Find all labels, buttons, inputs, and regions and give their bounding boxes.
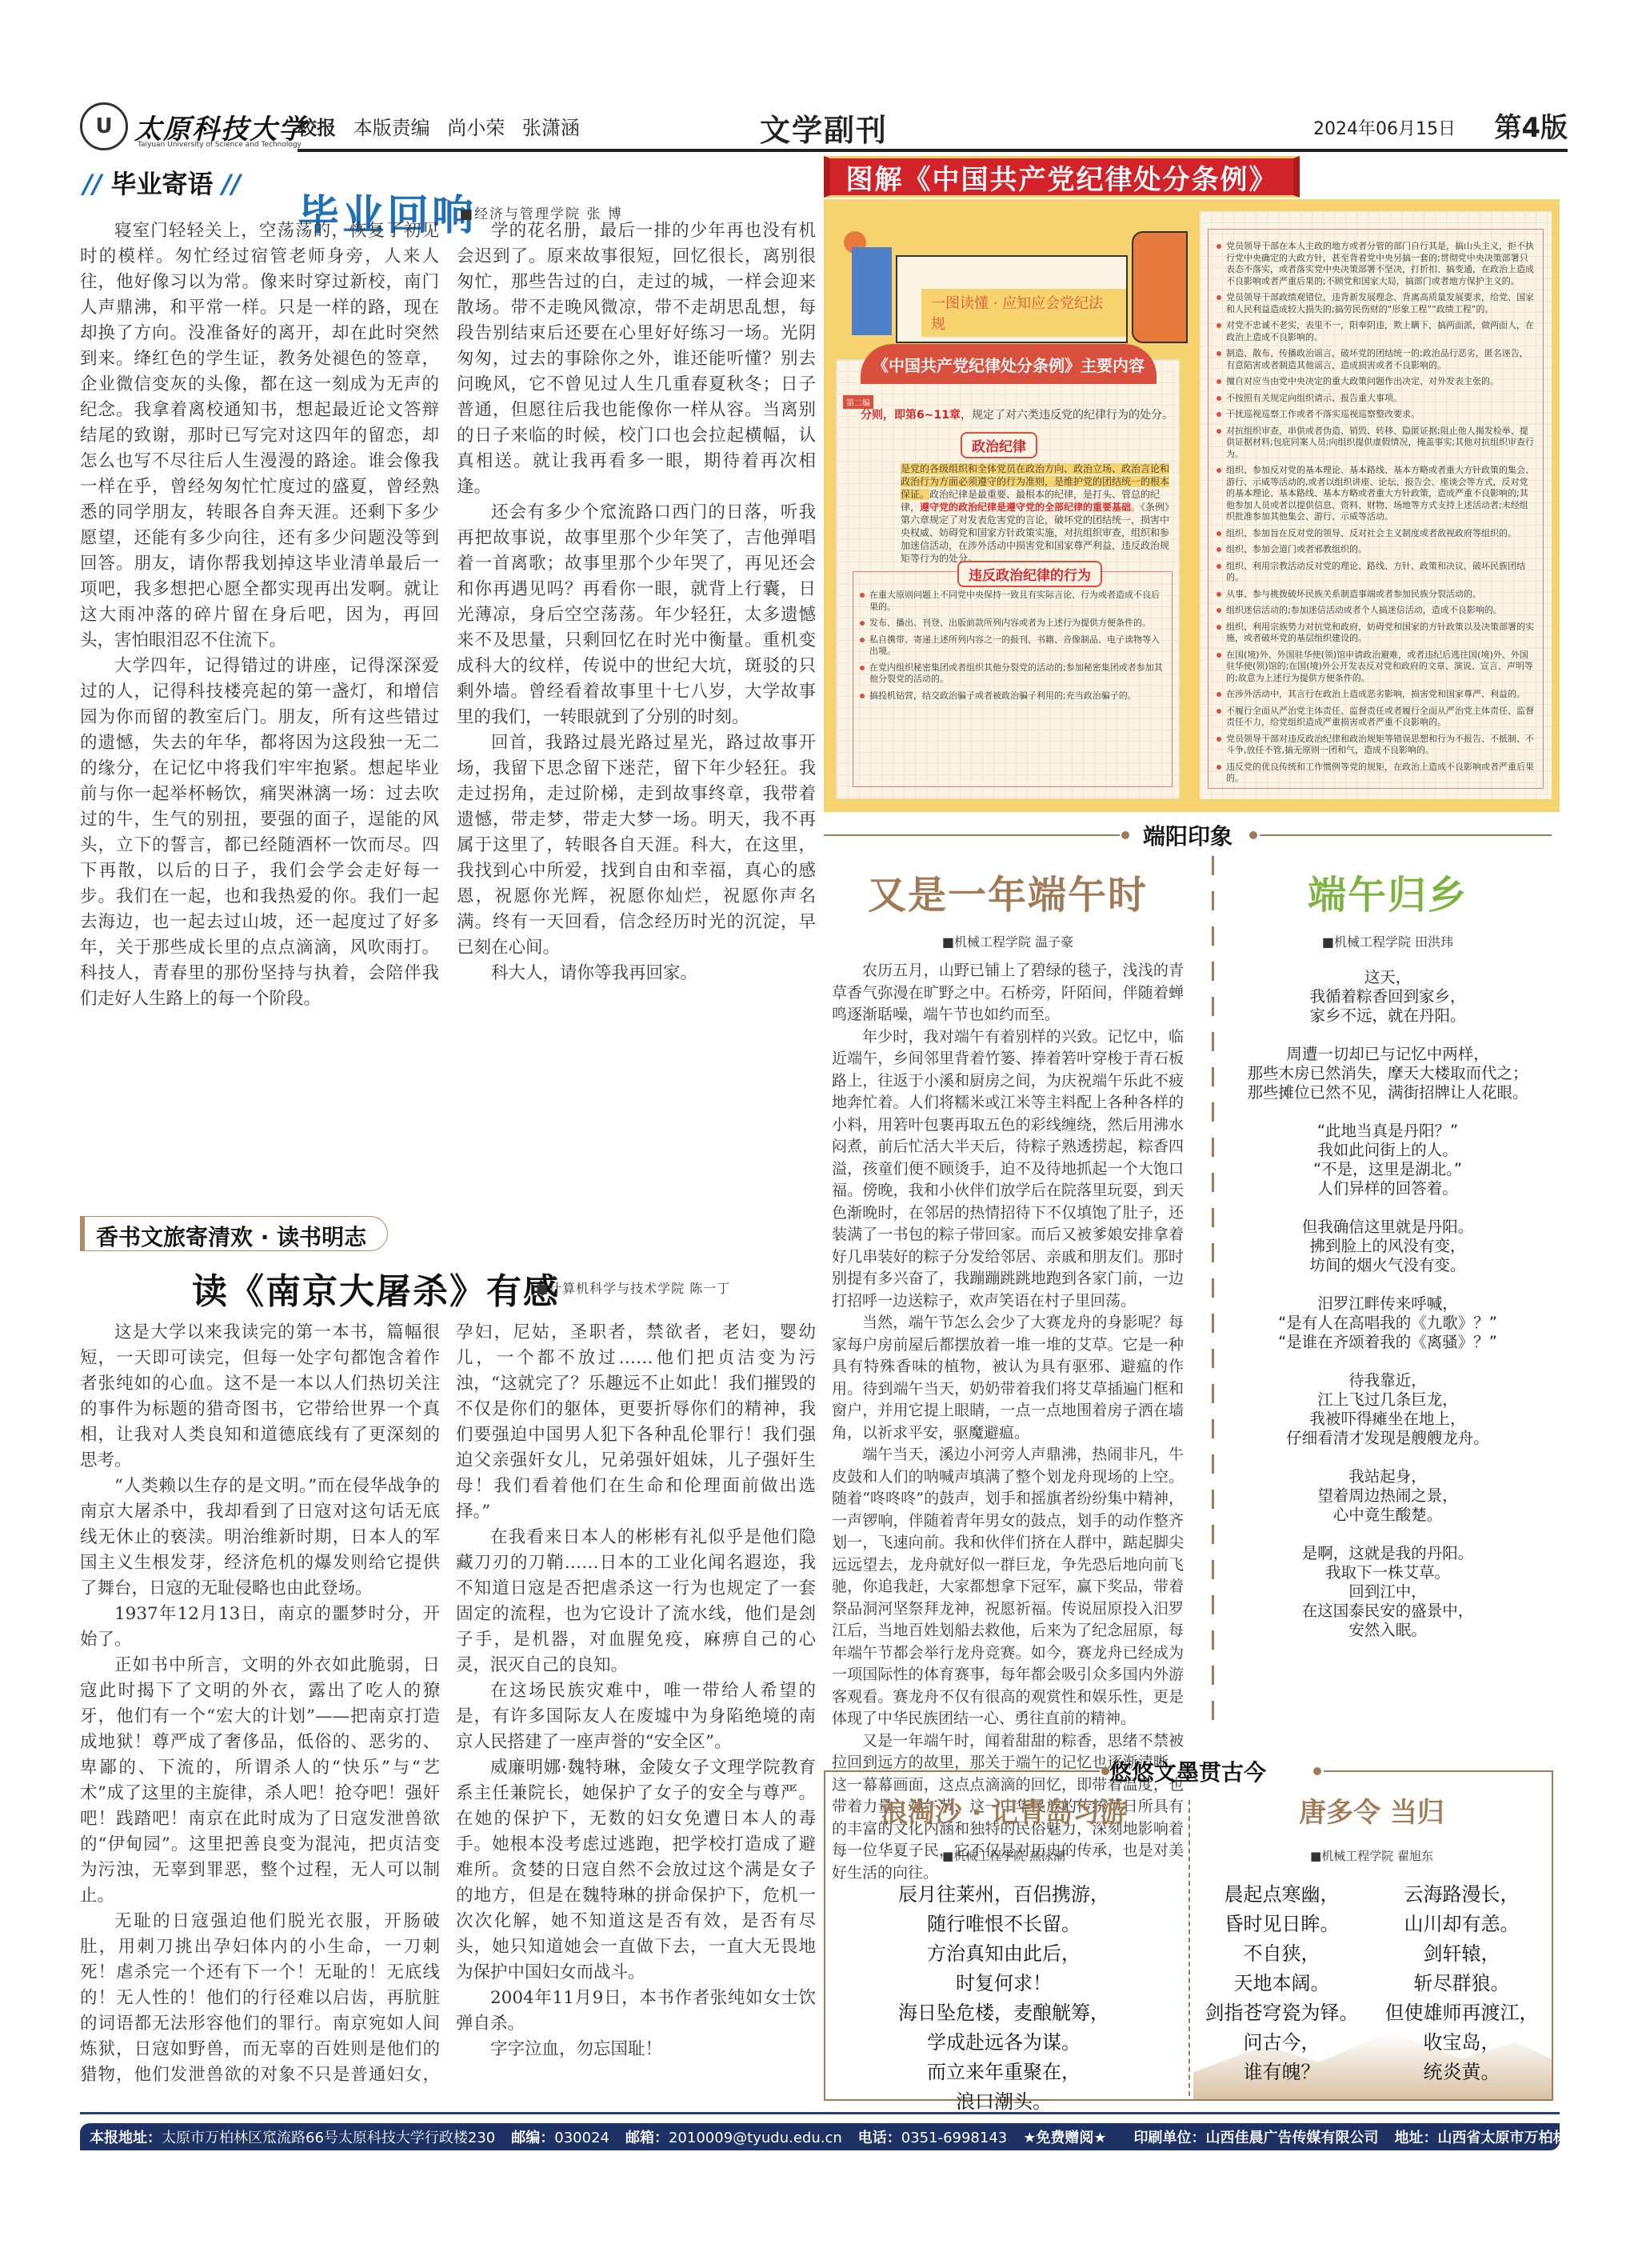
list-item: 在重大原则问题上不同党中央保持一致且有实际言论、行为或者造成不良后果的。: [860, 590, 1168, 613]
editor-2: 张潇涵: [522, 117, 580, 139]
stanza: 汨罗江畔传来呼喊，“是有人在高唱我的《九歌》？”“是谁在齐颂着我的《离骚》？”: [1224, 1294, 1552, 1352]
paragraph: 威廉明娜·魏特琳，金陵女子文理学院教育系主任兼院长，她保护了女子的安全与尊严。在…: [456, 1755, 816, 1986]
paragraph: 端午当天，溪边小河旁人声鼎沸，热闹非凡，牛皮鼓和人们的呐喊声填满了整个划龙舟现场…: [832, 1444, 1184, 1730]
book-icon: [1132, 231, 1188, 343]
violations-list: 党员领导干部在本人主政的地方或者分管的部门自行其是，搞山头主义，拒不执行党中央确…: [1217, 241, 1535, 785]
issue-date: 2024年06月15日: [1313, 115, 1456, 140]
poem-author: ■机械工程学院 田洪玮: [1224, 932, 1552, 950]
paragraph: 1937年12月13日，南京的噩梦时分，开始了。: [80, 1602, 440, 1653]
paragraph: 正如书中所言，文明的外衣如此脆弱，日寇此时揭下了文明的外衣，露出了吃人的獠牙，他…: [80, 1653, 440, 1909]
poem-column: 晨起点寒幽， 昏时见日眸。 不自狭， 天地本阔。 剑指苍穹瓷为铎。 问古今， 谁…: [1205, 1880, 1359, 2087]
list-item: 不按照有关规定向组织请示、报告重大事项。: [1217, 393, 1535, 405]
footer-rule: [80, 2112, 1560, 2114]
list-item: 组织、参加会道门或者邪教组织的。: [1217, 544, 1535, 556]
infographic-body: 一图读懂 · 应知应会党纪法规 《中国共产党纪律处分条例》主要内容 第二编 分则…: [824, 199, 1560, 812]
classical-poetry-section: 悠悠文墨贯古今 浪淘沙 · 记青岛习游 ■机械工程学院 燕泳潮 辰月往莱州，百侣…: [824, 1752, 1560, 2104]
infographic-right: 党员领导干部在本人主政的地方或者分管的部门自行其是，搞山头主义，拒不执行党中央确…: [1200, 211, 1552, 799]
stanza: 我站起身，望着周边热闹之景，心中竟生酸楚。: [1224, 1467, 1552, 1525]
list-item: 组织、参加旨在反对党的领导、反对社会主义制度或者敌视政府等组织的。: [1217, 528, 1535, 540]
dot-icon: [1313, 1767, 1321, 1775]
masthead: U 太原科技大学 Taiyuan University of Science a…: [80, 102, 1568, 158]
list-item: 组织、利用宗教活动反对党的理论、路线、方针、政策和决议，破坏民族团结的。: [1217, 561, 1535, 584]
page-number: 第4版: [1494, 106, 1568, 145]
stanza: 待我靠近，江上飞过几条巨龙，我被吓得瘫坐在地上，仔细看清才发现是艘艘龙舟。: [1224, 1371, 1552, 1448]
graduation-article: // 毕业寄语 // 毕业回响 ■经济与管理学院 张 博 寝室门轻轻关上，空荡荡…: [80, 164, 816, 1204]
poem-author: ■机械工程学院 翟旭东: [1192, 1847, 1552, 1864]
school-name-en: Taiyuan University of Science and Techno…: [138, 141, 302, 149]
chapter-text: 分则，即第6~11章，规定了对六类违反党的纪律行为的处分。: [861, 406, 1173, 422]
poem-column: 云海路漫长， 山川却有恙。 剑轩辕， 斩尽群狼。 但使雄师再渡江， 收宝岛， 统…: [1385, 1880, 1539, 2087]
list-item: 党员领导干部政绩观错位，违背新发展理念、背离高质量发展要求，给党、国家和人民利益…: [1217, 292, 1535, 315]
dashed-divider: [1212, 856, 1214, 1720]
essay-article: 又是一年端午时 ■机械工程学院 温子豪 农历五月，山野已铺上了碧绿的毯子，浅浅的…: [824, 856, 1192, 1744]
paragraph: 在我看来日本人的彬彬有礼似乎是他们隐藏刀刃的刀鞘……日本的工业化闻名遐迩，我不知…: [456, 1525, 816, 1678]
column-tag: // 毕业寄语 //: [83, 164, 241, 201]
poem-article: 浪淘沙 · 记青岛习游 ■机械工程学院 燕泳潮 辰月往莱州，百侣携游， 随行唯恨…: [824, 1784, 1184, 2117]
stanza: 这天，我循着粽香回到家乡，家乡不远，就在丹阳。: [1224, 968, 1552, 1026]
list-item: 私自携带、寄递上述所列内容之一的报刊、书籍、音像制品、电子读物等入出境。: [860, 634, 1168, 658]
paragraph: 这是大学以来我读完的第一本书，篇幅很短，一天即可读完，但每一处字句都饱含着作者张…: [80, 1320, 440, 1474]
list-item: 党员领导干部对违反政治纪律和政治规矩等错误思想和行为不报告、不抵制、不斗争,放任…: [1217, 734, 1535, 757]
stanza: 周遭一切却已与记忆中两样，那些木房已然消失，摩天大楼取而代之；那些摊位已然不见，…: [1224, 1045, 1552, 1102]
divider: [1260, 834, 1552, 836]
discipline-infographic: 图解《中国共产党纪律处分条例》 一图读懂 · 应知应会党纪法规 《中国共产党纪律…: [824, 156, 1560, 812]
poem-article: 端午归乡 ■机械工程学院 田洪玮 这天，我循着粽香回到家乡，家乡不远，就在丹阳。…: [1224, 856, 1552, 1744]
list-item: 从事、参与挑拨破坏民族关系制造事端或者参加民族分裂活动的。: [1217, 589, 1535, 601]
poem-title: 端午归乡: [1224, 864, 1552, 919]
divider: [1324, 1770, 1553, 1772]
free-distribution: ★免费赠阅★: [1023, 2126, 1106, 2147]
list-item: 搞投机钻营，结交政治骗子或者被政治骗子利用的;充当政治骗子的。: [860, 690, 1168, 702]
infographic-banner: 图解《中国共产党纪律处分条例》: [824, 156, 1300, 198]
paragraph: “人类赖以生存的是文明。”而在侵华战争的南京大屠杀中，我却看到了日寇对这句话无底…: [80, 1474, 440, 1602]
editor-1: 尚小荣: [447, 117, 505, 139]
infographic-left: 一图读懂 · 应知应会党纪法规 《中国共产党纪律处分条例》主要内容 第二编 分则…: [836, 199, 1188, 799]
list-item: 在党内组织秘密集团或者组织其他分裂党的活动的;参加秘密集团或者参加其他分裂党的活…: [860, 662, 1168, 686]
hero-illustration: 一图读懂 · 应知应会党纪法规: [836, 215, 1188, 343]
section-title: 文学副刊: [760, 106, 888, 150]
political-discipline-text: 是党的各级组织和全体党员在政治方向、政治立场、政治言论和政治行为方面必须遵守的行…: [901, 462, 1173, 565]
article-body: 农历五月，山野已铺上了碧绿的毯子，浅浅的青草香气弥漫在旷野之中。石桥旁，阡陌间，…: [832, 960, 1184, 1884]
list-item: 制造、散布、传播政治谣言，破坏党的团结统一的;政治品行恶劣，匿名诬告，有意陷害或…: [1217, 348, 1535, 371]
address: 本报地址：太原市万柏林区窊流路66号太原科技大学行政楼230: [90, 2126, 495, 2147]
list-item: 在国(境)外、外国驻华使(领)馆申请政治避难，或者违纪后逃往国(境)外、外国驻华…: [1217, 650, 1535, 685]
poem-body: 晨起点寒幽， 昏时见日眸。 不自狭， 天地本阔。 剑指苍穹瓷为铎。 问古今， 谁…: [1192, 1880, 1552, 2087]
notebook-icon: 一图读懂 · 应知应会党纪法规: [896, 255, 1128, 343]
paragraph: 当然，端午节怎么会少了大赛龙舟的身影呢？每家每户房前屋后都摆放着一堆一堆的艾草。…: [832, 1312, 1184, 1444]
list-item: 对党不忠诚不老实，表里不一，阳奉阴违，欺上瞒下，搞两面派，做两面人，在政治上造成…: [1217, 320, 1535, 343]
poem-title: 唐多令 当归: [1192, 1790, 1552, 1830]
article-author: ■机械工程学院 温子豪: [824, 932, 1192, 950]
violations-list: 在重大原则问题上不同党中央保持一致且有实际言论、行为或者造成不良后果的。 发布、…: [860, 590, 1168, 706]
list-item: 党员领导干部在本人主政的地方或者分管的部门自行其是，搞山头主义，拒不执行党中央确…: [1217, 241, 1535, 287]
list-item: 干扰巡视巡察工作或者不落实巡视巡察整改要求。: [1217, 409, 1535, 421]
poem-title: 浪淘沙 · 记青岛习游: [824, 1790, 1184, 1830]
masthead-info: 校报 本版责编 尚小荣 张潇涵: [298, 112, 591, 140]
list-item: 擅自对应当由党中央决定的重大政策问题作出决定、对外发表主张的。: [1217, 376, 1535, 388]
paper-name: 校报: [298, 117, 336, 139]
article-title: 读《南京大屠杀》有感: [192, 1262, 560, 1314]
slash-icon: //: [83, 169, 102, 199]
zip: 邮编：030024: [511, 2126, 609, 2147]
poem-author: ■机械工程学院 燕泳潮: [824, 1847, 1184, 1864]
poem-body: 辰月往莱州，百侣携游， 随行唯恨不长留。 方治真知由此后， 时复何求！ 海日坠危…: [824, 1880, 1184, 2117]
footer-bar: 本报地址：太原市万柏林区窊流路66号太原科技大学行政楼230 邮编：030024…: [80, 2123, 1560, 2150]
section-header: 端阳印象: [824, 819, 1552, 851]
list-item: 不履行全面从严治党主体责任、监督责任或者履行全面从严治党主体责任、监督责任不力，…: [1217, 706, 1535, 729]
list-item: 组织、参加反对党的基本理论、基本路线、基本方略或者重大方针政策的集会、游行、示威…: [1217, 465, 1535, 523]
paragraph: 2004年11月9日，本书作者张纯如女士饮弹自杀。: [456, 1986, 816, 2037]
paragraph: 字字泣血，勿忘国耻！: [456, 2037, 816, 2062]
list-item: 发布、播出、刊登、出版前款所列内容或者为上述行为提供方便条件的。: [860, 618, 1168, 630]
paragraph: 还会有多少个窊流路口西门的日落，听我再把故事说，故事里那个少年笑了，吉他弹唱着一…: [457, 500, 816, 730]
section-header: 悠悠文墨贯古今: [824, 1755, 1552, 1787]
masthead-rule: [298, 149, 1568, 152]
article-body: 这是大学以来我读完的第一本书，篇幅很短，一天即可读完，但每一处字句都饱含着作者张…: [80, 1320, 816, 2104]
article-author: ■计算机科学与技术学院 陈一丁: [536, 1278, 730, 1297]
poem-body: 这天，我循着粽香回到家乡，家乡不远，就在丹阳。 周遭一切却已与记忆中两样，那些木…: [1224, 968, 1552, 1659]
paragraph: 在这场民族灾难中，唯一带给人希望的是，有许多国际友人在废墟中为身陷绝境的南京人民…: [456, 1678, 816, 1755]
university-logo-icon: U: [80, 102, 128, 150]
dashed-divider: [1189, 1800, 1190, 2096]
political-discipline-pill: 政治纪律: [961, 432, 1037, 458]
poem-article: 唐多令 当归 ■机械工程学院 翟旭东 晨起点寒幽， 昏时见日眸。 不自狭， 天地…: [1192, 1784, 1552, 2087]
printer-address: 地址：山西省太原市万柏林区晋祠路中海寰宇天下3幢1001号: [1395, 2126, 1638, 2147]
card-title: 《中国共产党纪律处分条例》主要内容: [861, 344, 1157, 384]
slash-icon: //: [222, 169, 241, 199]
article-title: 又是一年端午时: [824, 864, 1192, 919]
violations-box-right: 党员领导干部在本人主政的地方或者分管的部门自行其是，搞山头主义，拒不执行党中央确…: [1208, 229, 1544, 789]
stanza: 但我确信这里就是丹阳。拂到脸上的风没有变，坊间的烟火气没有变。: [1224, 1218, 1552, 1275]
list-item: 组织迷信活动的;参加迷信活动或者个人搞迷信活动，造成不良影响的。: [1217, 605, 1535, 617]
paragraph: 年少时，我对端午有着别样的兴致。记忆中，临近端午，乡间邻里背着竹篓、捧着箬叶穿梭…: [832, 1026, 1184, 1313]
duanyang-section: 端阳印象 又是一年端午时 ■机械工程学院 温子豪 农历五月，山野已铺上了碧绿的毯…: [824, 816, 1560, 1748]
phone: 电话：0351-6998143: [858, 2126, 1007, 2147]
violations-pill: 违反政治纪律的行为: [957, 561, 1102, 587]
stanza: 是啊，这就是我的丹阳。我取下一株艾草。回到江中，在这国泰民安的盛景中，安然入眠。: [1224, 1544, 1552, 1640]
list-item: 在涉外活动中，其言行在政治上造成恶劣影响，损害党和国家尊严、利益的。: [1217, 689, 1535, 701]
paragraph: 回首，我路过晨光路过星光，路过故事开场，我留下思念留下迷茫，留下年少轻狂。我走过…: [457, 730, 816, 961]
paragraph: 学的花名册，最后一排的少年再也没有机会迟到了。原来故事很短，回忆很长，离别很匆忙…: [457, 218, 816, 500]
hero-label: 一图读懂 · 应知应会党纪法规: [921, 289, 1126, 337]
paragraph: 农历五月，山野已铺上了碧绿的毯子，浅浅的青草香气弥漫在旷野之中。石桥旁，阡陌间，…: [832, 960, 1184, 1026]
list-item: 组织、利用宗族势力对抗党和政府，妨碍党和国家的方针政策以及决策部署的实施，或者破…: [1217, 622, 1535, 645]
stanza: “此地当真是丹阳？”我如此问街上的人。“不是，这里是湖北。”人们异样的回答着。: [1224, 1122, 1552, 1198]
block-shape-icon: [852, 247, 892, 335]
dot-icon: [1249, 831, 1257, 839]
paragraph: 大学四年，记得错过的讲座，记得深深爱过的人，记得科技楼亮起的第一盏灯，和增信园为…: [80, 654, 439, 1012]
article-body: 寝室门轻轻关上，空荡荡的，恢复了初见时的模样。匆忙经过宿管老师身旁，人来人往，他…: [80, 218, 816, 1206]
paragraph: 科大人，请你等我再回家。: [457, 961, 816, 986]
list-item: 对抗组织审查，串供或者伪造、销毁、转移、隐匿证据;阻止他人揭发检举、提供证据材料…: [1217, 426, 1535, 461]
email: 邮箱：2010009@tyudu.edu.cn: [625, 2126, 842, 2147]
paragraph: 寝室门轻轻关上，空荡荡的，恢复了初见时的模样。匆忙经过宿管老师身旁，人来人往，他…: [80, 218, 439, 654]
list-item: 违反党的优良传统和工作惯例等党的规矩，在政治上造成不良影响或者严重后果的。: [1217, 762, 1535, 785]
main-content-card: 《中国共产党纪律处分条例》主要内容 第二编 分则，即第6~11章，规定了对六类违…: [836, 359, 1180, 799]
column-tag: 香书文旅寄清欢 · 读书明志: [80, 1216, 388, 1251]
reading-article: 香书文旅寄清欢 · 读书明志 读《南京大屠杀》有感 ■计算机科学与技术学院 陈一…: [80, 1216, 816, 2104]
violations-box: 违反政治纪律的行为 在重大原则问题上不同党中央保持一致且有实际言论、行为或者造成…: [853, 571, 1173, 787]
editors-label: 本版责编: [354, 117, 430, 139]
printer: 印刷单位：山西佳晨广告传媒有限公司: [1134, 2126, 1379, 2147]
